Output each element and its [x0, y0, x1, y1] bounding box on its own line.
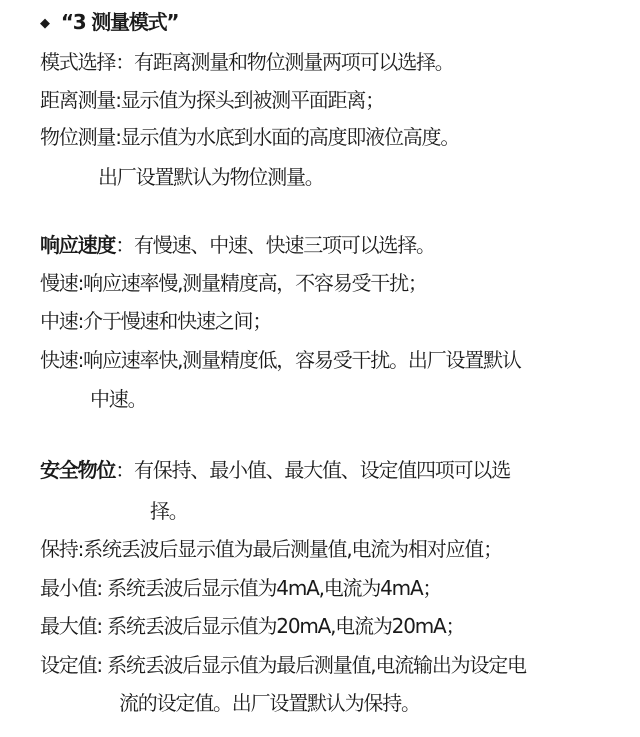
- level-measure-text: 物位测量:显示值为水底到水面的高度即液位高度。: [40, 125, 459, 149]
- response-speed-text: ：有慢速、中速、快速三项可以选择。: [115, 233, 435, 257]
- safety-level-label: 安全物位: [40, 458, 115, 482]
- slow-speed-text: 慢速:响应速率慢,测量精度高，不容易受干扰；: [40, 271, 427, 295]
- mode-default-text: 出厂设置默认为物位测量。: [98, 165, 324, 189]
- diamond-bullet-icon: ◆: [40, 16, 49, 31]
- medium-speed-text: 中速:介于慢速和快速之间；: [40, 309, 271, 333]
- safety-level-text-cont: 择。: [150, 499, 188, 523]
- hold-text: 保持:系统丢波后显示值为最后测量值,电流为相对应值；: [40, 537, 502, 561]
- safety-level-paragraph: 安全物位：有保持、最小值、最大值、设定值四项可以选: [40, 458, 510, 482]
- max-value-text: 最大值: 系统丢波后显示值为20mA,电流为20mA；: [40, 614, 464, 638]
- mode-select-text: 模式选择：有距离测量和物位测量两项可以选择。: [40, 50, 454, 74]
- set-value-text: 设定值: 系统丢波后显示值为最后测量值,电流输出为设定电: [40, 653, 526, 677]
- section-title: “3 测量模式”: [61, 10, 179, 34]
- response-speed-paragraph: 响应速度：有慢速、中速、快速三项可以选择。: [40, 233, 435, 257]
- set-value-text-cont: 流的设定值。出厂设置默认为保持。: [119, 691, 420, 715]
- section-heading: ◆“3 测量模式”: [40, 10, 178, 38]
- min-value-text: 最小值: 系统丢波后显示值为4mA,电流为4mA；: [40, 576, 441, 600]
- fast-speed-text: 快速:响应速率快,测量精度低，容易受干扰。出厂设置默认: [40, 348, 521, 372]
- fast-speed-text-cont: 中速。: [90, 387, 146, 411]
- response-speed-label: 响应速度: [40, 233, 115, 257]
- distance-measure-text: 距离测量:显示值为探头到被测平面距离；: [40, 88, 384, 112]
- safety-level-text: ：有保持、最小值、最大值、设定值四项可以选: [115, 458, 510, 482]
